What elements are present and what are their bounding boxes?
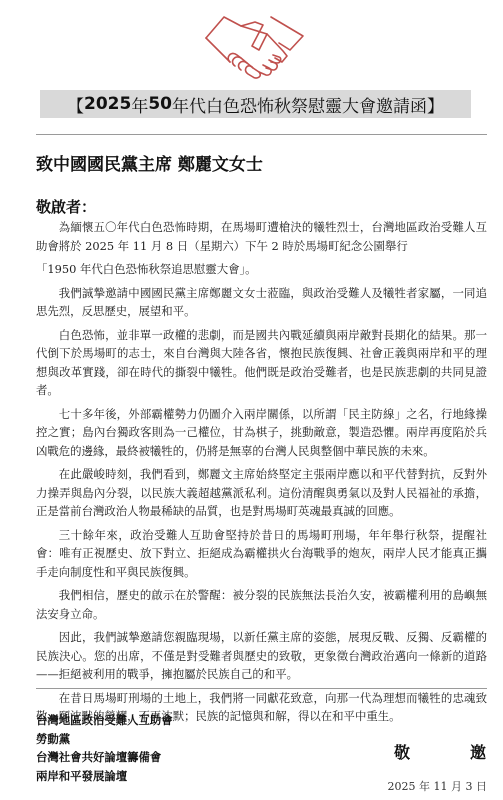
paragraph: 為緬懷五〇年代白色恐怖時期，在馬場町遭槍決的犧牲烈士，台灣地區政治受難人互助會將…: [36, 218, 487, 255]
paragraph: 我們相信，歷史的啟示在於警醒：被分裂的民族無法長治久安，被霸權利用的島嶼無法安身…: [36, 586, 487, 623]
title-year-unit: 年: [131, 92, 148, 117]
handshake-icon: [203, 12, 307, 80]
addressee: 致中國國民黨主席 鄭麗文女士: [36, 150, 263, 175]
signer-list: 台灣地區政治受難人互助會 勞動黨 台灣社會共好論壇籌備會 兩岸和平發展論壇: [36, 711, 173, 785]
paragraph: 我們誠摯邀請中國國民黨主席鄭麗文女士蒞臨，與政治受難人及犧牲者家屬，一同追思先烈…: [36, 284, 487, 321]
closing-phrase: 敬 邀: [394, 740, 486, 763]
bottom-divider: [36, 688, 487, 689]
letter-date: 2025 年 11 月 3 日: [388, 778, 487, 794]
title-bracket-close: 】: [427, 92, 444, 117]
invitation-title: 【 2025 年 50 年代白色恐怖秋祭慰靈大會邀請函 】: [40, 90, 471, 118]
title-decade: 50: [148, 94, 172, 114]
paragraph: 三十餘年來，政治受難人互助會堅持於昔日的馬場町刑場，年年舉行秋祭，提醒社會：唯有…: [36, 526, 487, 582]
title-bracket-open: 【: [67, 92, 84, 117]
paragraph: 在此嚴峻時刻，我們看到，鄭麗文主席始終堅定主張兩岸應以和平代替對抗，反對外力操弄…: [36, 465, 487, 521]
handshake-logo: [203, 12, 307, 80]
signer: 勞動黨: [36, 730, 173, 749]
letter-body: 為緬懷五〇年代白色恐怖時期，在馬場町遭槍決的犧牲烈士，台灣地區政治受難人互助會將…: [36, 218, 487, 731]
signer: 兩岸和平發展論壇: [36, 767, 173, 786]
signer: 台灣社會共好論壇籌備會: [36, 748, 173, 767]
paragraph: 七十多年後，外部霸權勢力仍圖介入兩岸關係，以所謂「民主防線」之名，行地緣操控之實…: [36, 405, 487, 461]
closing-char: 邀: [470, 740, 486, 763]
closing-char: 敬: [394, 740, 410, 763]
paragraph: 白色恐怖，並非單一政權的悲劇，而是國共內戰延續與兩岸敵對長期化的結果。那一代倒下…: [36, 326, 487, 400]
salutation: 敬啟者：: [36, 196, 96, 217]
title-text: 年代白色恐怖秋祭慰靈大會邀請函: [172, 92, 427, 117]
paragraph: 「1950 年代白色恐怖秋祭追思慰靈大會」。: [36, 260, 487, 279]
top-divider: [36, 134, 487, 135]
signer: 台灣地區政治受難人互助會: [36, 711, 173, 730]
title-year: 2025: [84, 94, 131, 114]
paragraph: 因此，我們誠摯邀請您親臨現場，以新任黨主席的姿態，展現反戰、反獨、反霸權的民族決…: [36, 628, 487, 684]
